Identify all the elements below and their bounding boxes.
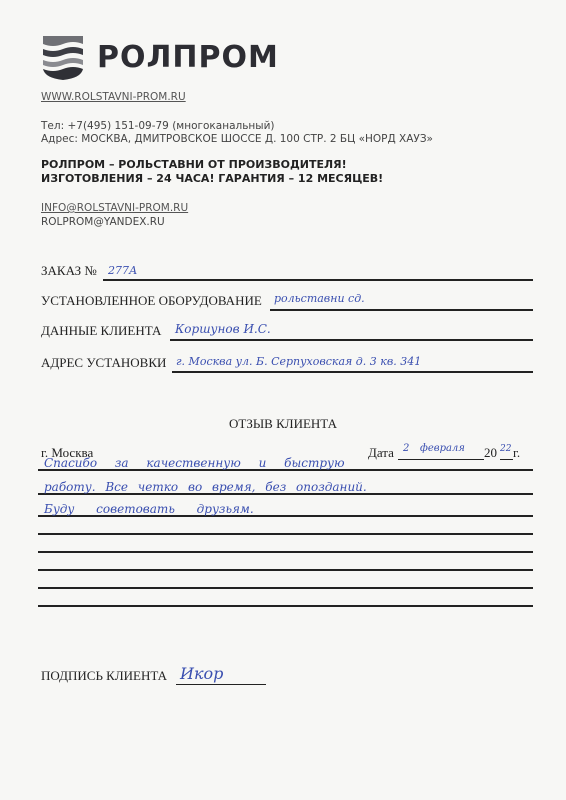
wave-shield-icon (41, 34, 85, 80)
website-link[interactable]: WWW.ROLSTAVNI-PROM.RU (41, 91, 186, 103)
year-end: г. (513, 445, 520, 461)
email-yandex: ROLPROM@YANDEX.RU (41, 216, 165, 228)
order-label: ЗАКАЗ № (41, 263, 97, 279)
order-underline (103, 279, 533, 281)
equipment-value[interactable]: рольставни сд. (274, 292, 365, 305)
review-line-6 (38, 569, 533, 571)
signature-underline (176, 684, 266, 685)
slogan-line-1: РОЛПРОМ – РОЛЬСТАВНИ ОТ ПРОИЗВОДИТЕЛЯ! (41, 158, 347, 171)
install-address-value[interactable]: г. Москва ул. Б. Серпуховская д. 3 кв. 3… (176, 355, 421, 368)
review-line-8 (38, 605, 533, 607)
phone-text: Тел: +7(495) 151-09-79 (многоканальный) (41, 120, 275, 132)
equipment-label: УСТАНОВЛЕННОЕ ОБОРУДОВАНИЕ (41, 293, 262, 309)
review-text-line-3[interactable]: Буду советовать друзьям. (44, 502, 254, 516)
date-day[interactable]: 2 (403, 443, 409, 454)
review-line-7 (38, 587, 533, 589)
client-value[interactable]: Коршунов И.С. (175, 322, 271, 336)
signature-value[interactable]: Икор (180, 664, 223, 683)
date-underline (398, 459, 484, 460)
order-value[interactable]: 277А (108, 264, 137, 277)
review-title: ОТЗЫВ КЛИЕНТА (0, 416, 566, 432)
brand-name: РОЛПРОМ (97, 40, 279, 75)
signature-label: ПОДПИСЬ КЛИЕНТА (41, 668, 167, 684)
install-address-label: АДРЕС УСТАНОВКИ (41, 355, 166, 371)
year-prefix: 20 (484, 445, 497, 461)
address-text: Адрес: МОСКВА, ДМИТРОВСКОЕ ШОССЕ Д. 100 … (41, 133, 433, 145)
review-line-4 (38, 533, 533, 535)
year-suffix[interactable]: 22 (500, 444, 511, 454)
install-address-underline (172, 371, 533, 373)
year-underline (500, 459, 513, 460)
date-label: Дата (368, 445, 394, 461)
client-label: ДАННЫЕ КЛИЕНТА (41, 323, 161, 339)
equipment-underline (270, 309, 533, 311)
review-text-line-1[interactable]: Спасибо за качественную и быструю (44, 456, 345, 470)
review-text-line-2[interactable]: работу. Все четко во время, без опоздани… (44, 480, 367, 494)
date-month[interactable]: февраля (420, 443, 465, 454)
review-line-5 (38, 551, 533, 553)
email-link-info[interactable]: INFO@ROLSTAVNI-PROM.RU (41, 202, 188, 214)
slogan-line-2: ИЗГОТОВЛЕНИЯ – 24 ЧАСА! ГАРАНТИЯ – 12 МЕ… (41, 172, 383, 185)
client-underline (170, 339, 533, 341)
